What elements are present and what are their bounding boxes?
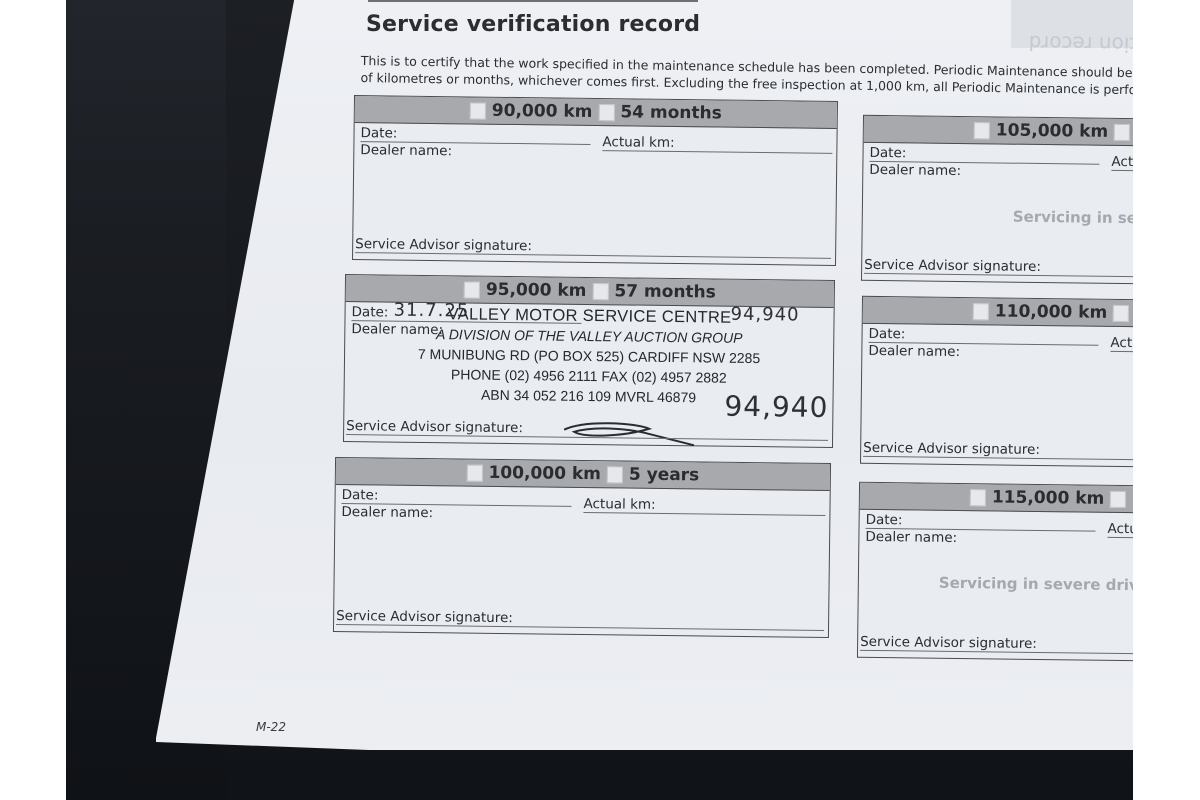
dealer-name-field[interactable]: Dealer name: bbox=[868, 343, 960, 360]
km-interval: 115,000 km bbox=[992, 487, 1105, 508]
handwritten-date: 31.7.25 bbox=[393, 300, 469, 322]
km-interval: 105,000 km bbox=[996, 120, 1109, 141]
km-interval: 100,000 km bbox=[488, 463, 601, 484]
km-checkbox[interactable] bbox=[464, 281, 480, 298]
actual-km-field[interactable]: Actual km: bbox=[1111, 154, 1133, 172]
record-card-90000: 90,000 km 54 months Date: Actual km: Dea… bbox=[352, 95, 838, 266]
record-card-115000: 115,000 km 69 mo Date: Actual km: Dealer… bbox=[857, 482, 1133, 662]
period-interval: 54 months bbox=[620, 102, 722, 123]
signature-field[interactable]: Service Advisor signature: bbox=[860, 634, 1133, 655]
photo-background: ication record Service verification reco… bbox=[66, 0, 1133, 800]
dealer-name-field[interactable]: Dealer name: bbox=[341, 504, 433, 521]
km-interval: 95,000 km bbox=[486, 280, 587, 301]
period-interval: 5 years bbox=[629, 465, 700, 486]
record-card-105000: 105,000 km 63 mon Date: Actual km: Deale… bbox=[861, 115, 1133, 285]
period-checkbox[interactable] bbox=[598, 104, 614, 121]
actual-km-field[interactable]: Actual km: bbox=[602, 134, 832, 154]
dealer-name-field[interactable]: Dealer name: bbox=[869, 162, 961, 179]
km-checkbox[interactable] bbox=[466, 464, 482, 481]
signature-field[interactable]: Service Advisor signature: bbox=[864, 257, 1133, 278]
dealer-name-field[interactable]: Dealer name: bbox=[360, 142, 452, 159]
signature-field[interactable]: Service Advisor signature: bbox=[863, 440, 1133, 461]
page-number: M-22 bbox=[256, 720, 286, 734]
record-card-110000: 110,000 km 66 mo Date: Actual km: Dealer… bbox=[860, 296, 1133, 468]
handwritten-km-top: 94,940 bbox=[730, 304, 799, 326]
period-interval: 57 months bbox=[614, 281, 716, 302]
km-checkbox[interactable] bbox=[470, 102, 486, 119]
km-checkbox[interactable] bbox=[974, 122, 990, 139]
page-title: Service verification record bbox=[366, 12, 700, 37]
km-checkbox[interactable] bbox=[970, 489, 986, 506]
period-checkbox[interactable] bbox=[1110, 490, 1126, 507]
dealer-name-field[interactable]: Dealer name: bbox=[865, 529, 957, 546]
severe-driving-note: Servicing in severe driving co bbox=[859, 573, 1133, 595]
signature-field[interactable]: Service Advisor signature: bbox=[336, 608, 824, 631]
signature-field[interactable]: Service Advisor signature: bbox=[355, 236, 831, 259]
km-checkbox[interactable] bbox=[973, 303, 989, 320]
period-checkbox[interactable] bbox=[1113, 304, 1129, 321]
km-interval: 90,000 km bbox=[492, 101, 593, 122]
header-bar bbox=[368, 0, 698, 2]
actual-km-field[interactable]: Actual km: bbox=[583, 496, 825, 516]
actual-km-field[interactable]: Actual km: bbox=[1107, 521, 1133, 539]
actual-km-field[interactable]: Actual km: bbox=[1110, 335, 1133, 353]
record-card-95000: 95,000 km 57 months Date: Dealer name: V… bbox=[343, 274, 835, 448]
km-interval: 110,000 km bbox=[995, 301, 1108, 322]
severe-driving-note: Servicing in severe driving co bbox=[863, 206, 1133, 228]
handwritten-actual-km: 94,940 bbox=[724, 390, 828, 424]
period-checkbox[interactable] bbox=[592, 283, 608, 300]
period-checkbox[interactable] bbox=[607, 466, 623, 483]
period-interval: 69 mo bbox=[1132, 489, 1133, 510]
record-card-100000: 100,000 km 5 years Date: Actual km: Deal… bbox=[333, 457, 831, 638]
period-checkbox[interactable] bbox=[1114, 123, 1130, 140]
bleed-through-title: ication record bbox=[1011, 31, 1133, 58]
intro-text: This is to certify that the work specifi… bbox=[360, 52, 1133, 100]
service-booklet-page: ication record Service verification reco… bbox=[156, 0, 1133, 750]
